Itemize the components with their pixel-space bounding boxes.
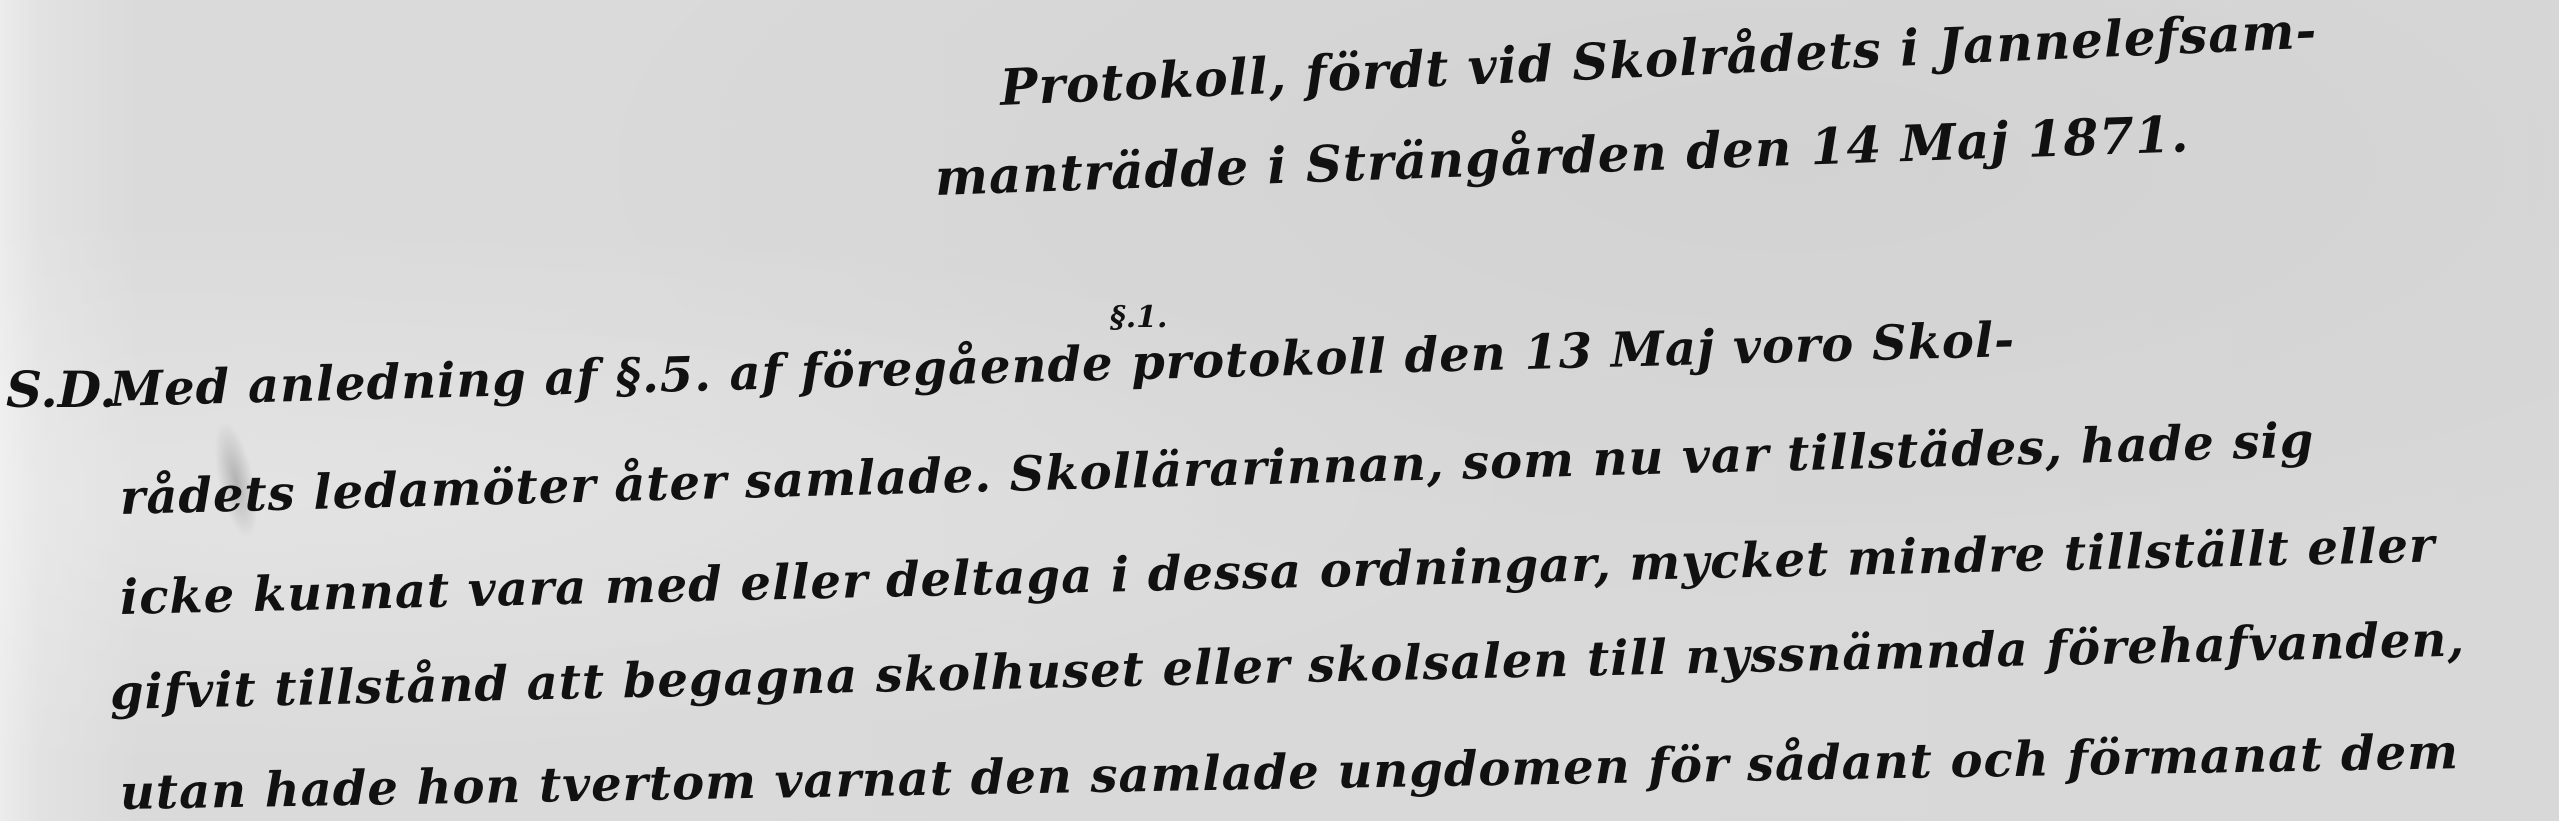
heading-line-1: Protokoll, fördt vid Skolrådets i Jannel… <box>999 1 2319 117</box>
body-line-4: gifvit tillstånd att begagna skolhuset e… <box>109 612 2465 721</box>
margin-note: S.D. <box>6 360 117 419</box>
heading-line-2: manträdde i Strängården den 14 Maj 1871. <box>934 104 2190 207</box>
body-line-3: icke kunnat vara med eller deltaga i des… <box>119 517 2435 626</box>
manuscript-page: Protokoll, fördt vid Skolrådets i Jannel… <box>0 0 2559 821</box>
body-line-1: Med anledning af §.5. af föregående prot… <box>109 312 2015 418</box>
body-line-5: utan hade hon tvertom varnat den samlade… <box>120 724 2460 821</box>
section-marker: §.1. <box>1110 300 1167 335</box>
body-line-2: rådets ledamöter åter samlade. Skollärar… <box>119 413 2315 526</box>
